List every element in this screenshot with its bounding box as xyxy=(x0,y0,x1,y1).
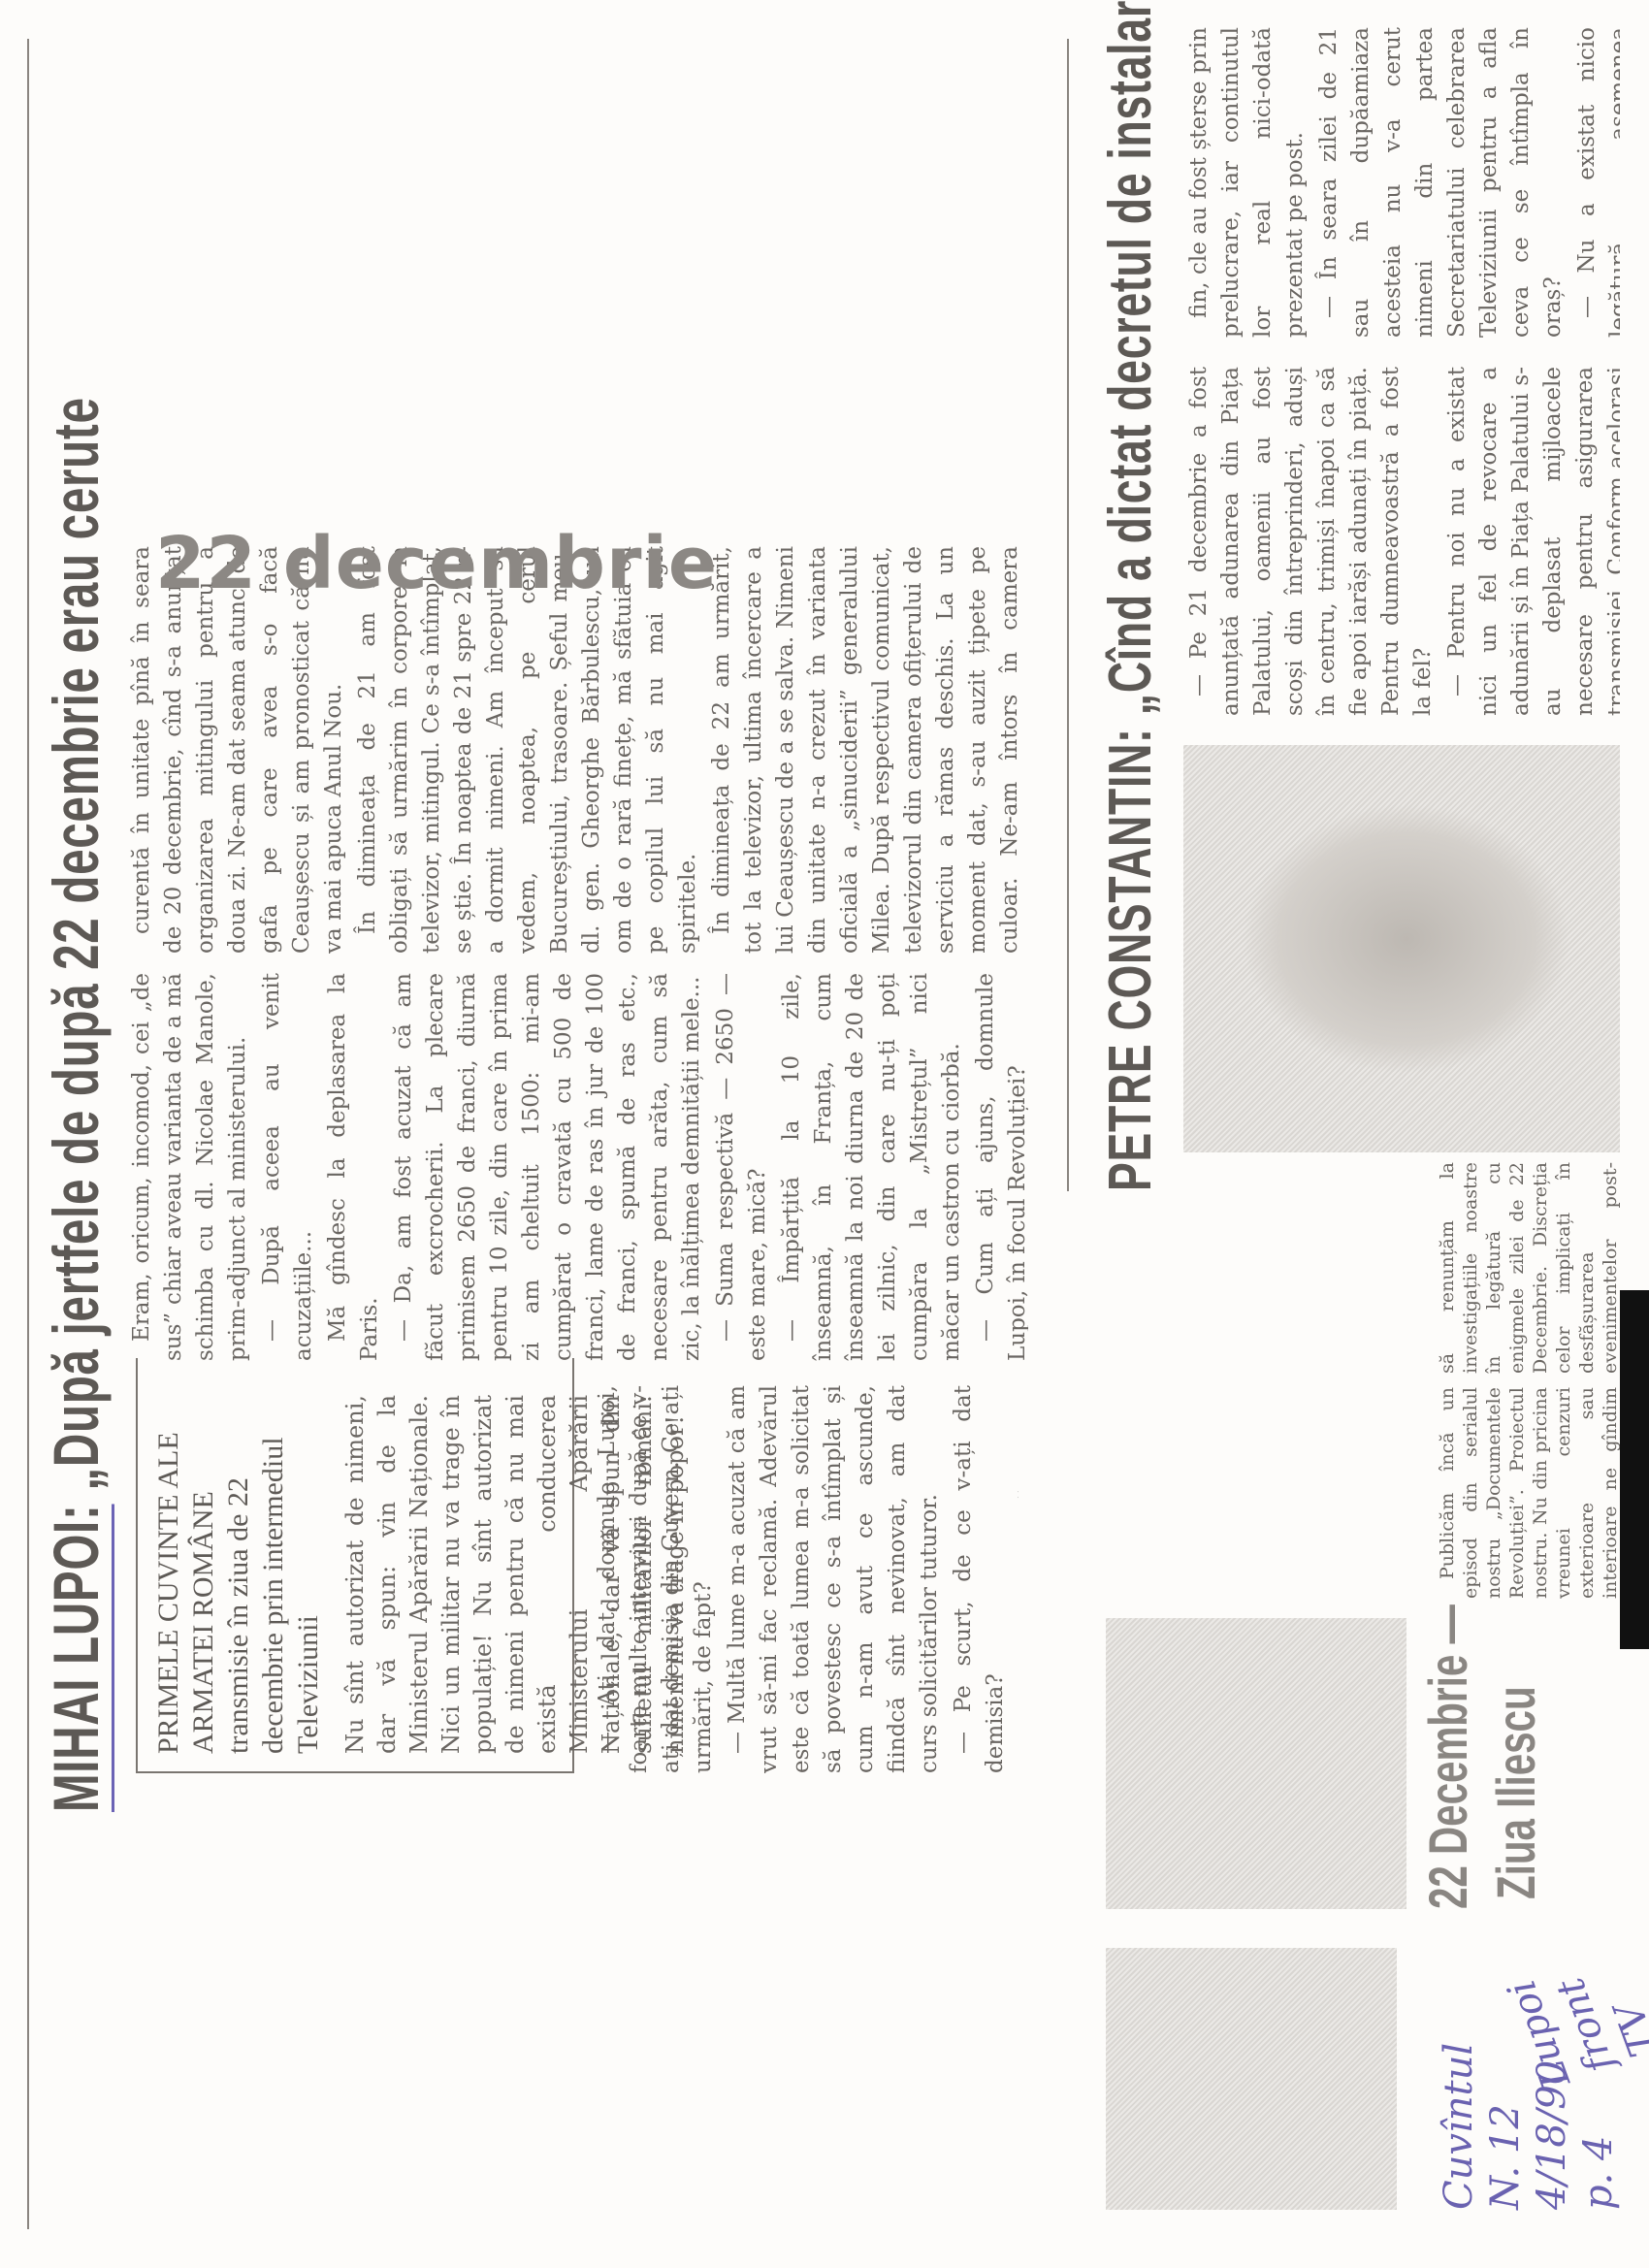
paragraph: fin, cle au fost șterse prin prelucrare,… xyxy=(1183,27,1311,338)
main-headline-quote: „După jertfele de după 22 decembrie erau… xyxy=(40,397,112,1490)
paragraph: — Pe scurt, de ce v-ați dat demisia? xyxy=(948,1385,1012,1773)
portrait-face xyxy=(1242,803,1571,1075)
paragraph: În dimineața de 21 am fost obligați să u… xyxy=(352,546,704,954)
iliescu-title-line2: Ziua Iliescu xyxy=(1484,1686,1547,1899)
petre-headline-quote: „Cînd a dictat decretul de instalare a xyxy=(1097,0,1164,715)
paragraph: În dimineața de 22 am urmărit, tot la te… xyxy=(706,546,1028,954)
lupoi-column-3: curentă în unitate pînă în seara de 20 d… xyxy=(126,546,1028,954)
main-headline: MIHAI LUPOI: „După jertfele de după 22 d… xyxy=(39,397,113,1812)
paragraph: — Multă lume m-a acuzat că am vrut să-mi… xyxy=(722,1385,946,1773)
paragraph: — Împărțită la 10 zile, înseamnă, în Fra… xyxy=(776,973,968,1361)
main-headline-name: MIHAI LUPOI: xyxy=(40,1505,114,1812)
banner-22-decembrie: 22 decembrie xyxy=(155,522,718,605)
iliescu-column: Publicăm încă un episod din serialul nos… xyxy=(1436,1162,1630,1599)
newspaper-page: MIHAI LUPOI: „După jertfele de după 22 d… xyxy=(0,0,1649,2268)
petre-column-2: fin, cle au fost șterse prin prelucrare,… xyxy=(1183,27,1620,338)
paragraph: Mă gîndesc la deplasarea la Paris. xyxy=(322,973,386,1361)
paragraph: — În seara zilei de 21 sau în dupăamiaza… xyxy=(1313,27,1569,338)
paragraph: — După aceea au venit acuzațiile... xyxy=(256,973,320,1361)
boxed-statement: PRIMELE CUVINTE ALE ARMATEI ROMÂNE trans… xyxy=(136,1358,574,1773)
paragraph: Eram, oricum, incomod, cei „de sus” chia… xyxy=(126,973,254,1361)
iliescu-title-line1: 22 Decembrie — xyxy=(1416,1604,1479,1909)
paragraph: curentă în unitate pînă în seara de 20 d… xyxy=(126,546,350,954)
lupoi-column-1: — Ați dat, domnule Lupoi, foarte multe i… xyxy=(592,1385,1018,1773)
paragraph: — Pe 21 decembrie a fost anunțată adunar… xyxy=(1183,367,1439,716)
petre-constantin-photo xyxy=(1183,745,1620,1152)
paragraph: — Urmare a chemării mele bruște și neexp… xyxy=(1014,1385,1018,1773)
boxed-statement-title: PRIMELE CUVINTE ALE ARMATEI ROMÂNE trans… xyxy=(151,1376,326,1754)
petre-headline: PETRE CONSTANTIN: „Cînd a dictat decretu… xyxy=(1096,0,1165,1191)
paragraph: — Ați dat, domnule Lupoi, foarte multe i… xyxy=(592,1385,720,1773)
paragraph: — Nu a existat nicio legătură, asemenea … xyxy=(1571,27,1620,338)
paragraph: — Suma respectivă — 2650 — este mare, mi… xyxy=(710,973,774,1361)
petre-headline-name: PETRE CONSTANTIN: xyxy=(1097,728,1164,1191)
paragraph: Publicăm încă un episod din serialul nos… xyxy=(1436,1162,1630,1599)
lupoi-column-2: Eram, oricum, incomod, cei „de sus” chia… xyxy=(126,973,1028,1361)
top-rule xyxy=(27,39,29,2229)
section-divider xyxy=(1067,39,1069,1191)
scan-edge xyxy=(1620,1290,1649,1649)
paragraph: — Da, am fost acuzat că am făcut excroch… xyxy=(388,973,708,1361)
petre-column-1: — Pe 21 decembrie a fost anunțată adunar… xyxy=(1183,367,1620,716)
photo-top-left xyxy=(1106,1948,1397,2210)
paragraph: — Pentru noi nu a existat nici un fel de… xyxy=(1441,367,1620,716)
photo-bottom-left xyxy=(1106,1618,1406,1909)
paragraph: — Cum ați ajuns, domnule Lupoi, în focul… xyxy=(970,973,1028,1361)
